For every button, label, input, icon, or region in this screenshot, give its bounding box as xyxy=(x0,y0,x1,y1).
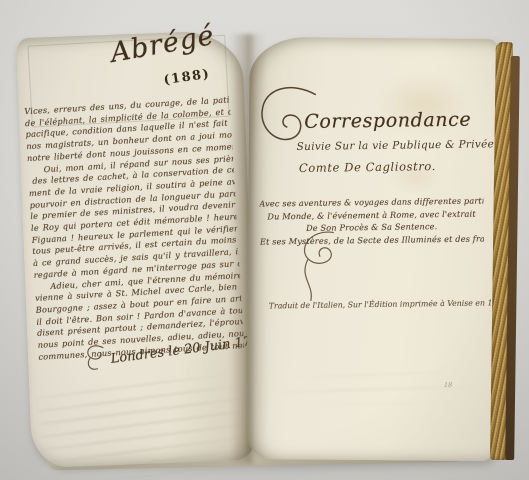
calligraphic-swirl-flourish-icon xyxy=(294,226,351,305)
pen-flourish-icon xyxy=(81,341,110,372)
show-through-lines xyxy=(282,367,473,410)
book-subtitle-line2: Comte De Cagliostro. xyxy=(299,159,436,175)
book-title: Correspondance xyxy=(304,109,471,133)
photograph-of-open-manuscript-book: Abrégé (188) Vices, erreurs des uns, du … xyxy=(0,0,529,480)
title-page-text: Correspondance Suivie Sur la vie Publiqu… xyxy=(257,36,487,459)
show-through-text xyxy=(35,373,249,480)
book-subtitle-line1: Suivie Sur la vie Publique & Privée du xyxy=(297,138,512,153)
imprint-line: Traduit de l'Italien, Sur l'Édition impr… xyxy=(269,298,485,310)
manuscript-text-block: Vices, erreurs des uns, du courage, de l… xyxy=(24,94,244,363)
right-title-page: Correspondance Suivie Sur la vie Publiqu… xyxy=(246,37,498,461)
left-manuscript-page: Abrégé (188) Vices, erreurs des uns, du … xyxy=(16,30,258,468)
